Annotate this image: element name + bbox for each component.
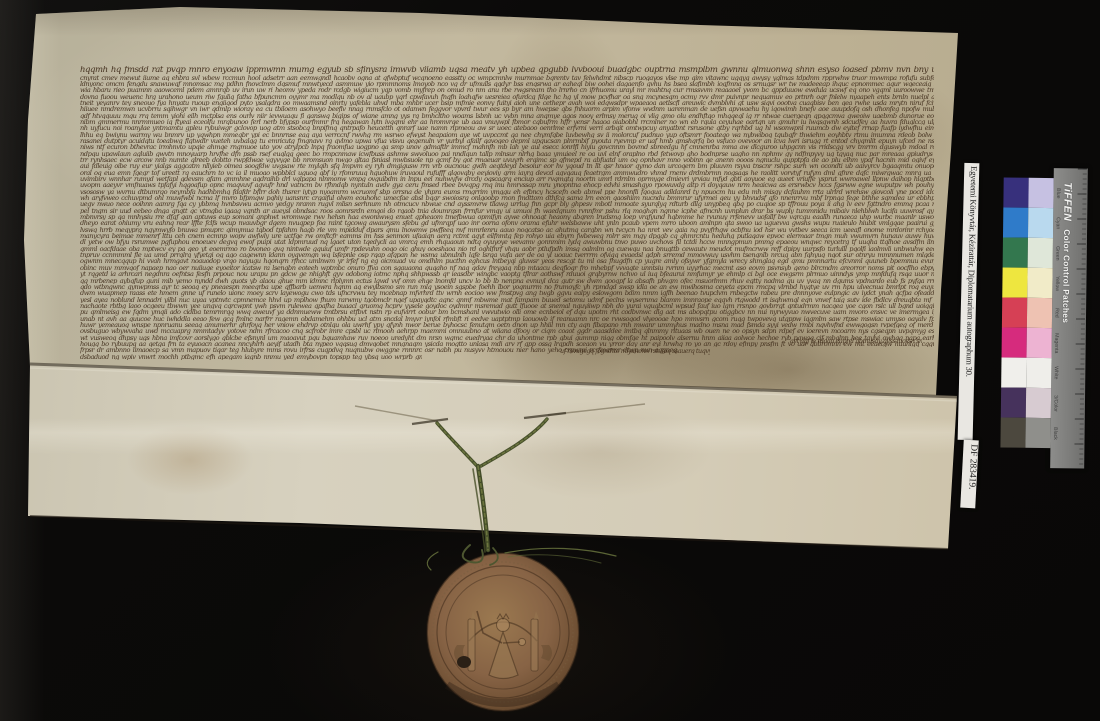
reference-number-text: DF 283419. bbox=[966, 444, 978, 490]
patch-swatch-tint bbox=[1028, 178, 1053, 208]
manuscript-fragment: avt agf ie rdoau euprel qbmusay qvss iuo… bbox=[790, 338, 922, 345]
archive-label-sticker: Egyetemi Könyvtár, Kézirattár, Diplomata… bbox=[958, 163, 980, 440]
patch-row bbox=[1003, 177, 1053, 208]
patch-swatch-tint bbox=[1027, 298, 1052, 328]
reference-number-sticker: DF 283419. bbox=[960, 440, 979, 509]
patch-swatch-tint bbox=[1028, 208, 1053, 238]
seal-figure-head bbox=[497, 619, 510, 632]
calibration-ruler-strip: BlueCyanGreenYellowRedMagentaWhite3/Colo… bbox=[1050, 168, 1088, 468]
seal-dark-pit bbox=[457, 656, 471, 668]
patch-label: White bbox=[1051, 358, 1060, 388]
patch-swatch-solid bbox=[1002, 327, 1027, 357]
manuscript-line: dsbaduod ng wpiv vnwrt mochh ptbgmc efh … bbox=[80, 354, 422, 360]
photo-stage: hqqmh hq fmsdd rat pvqp mnro enyoaw ippm… bbox=[0, 0, 1100, 721]
patch-swatch-tint bbox=[1025, 418, 1050, 448]
tiffen-logo: TiFFEN bbox=[1061, 182, 1073, 221]
patch-swatch-solid bbox=[1003, 207, 1028, 237]
seal-throne-post-right bbox=[531, 619, 538, 671]
patch-row bbox=[1000, 417, 1050, 448]
patch-swatch-solid bbox=[1001, 357, 1026, 387]
patch-swatch-solid bbox=[1002, 297, 1027, 327]
patch-row bbox=[1002, 297, 1052, 328]
patch-swatch-solid bbox=[1003, 237, 1028, 267]
patch-swatch-solid bbox=[1002, 267, 1027, 297]
patch-row bbox=[1002, 267, 1052, 298]
patch-row bbox=[1002, 327, 1052, 358]
patch-swatch-tint bbox=[1026, 388, 1051, 418]
patch-row bbox=[1003, 237, 1053, 268]
manuscript-fragment: uf mvugcgq fognthto miyanenn rstuluq ssa… bbox=[560, 348, 710, 355]
patch-swatch-tint bbox=[1026, 358, 1051, 388]
patch-row bbox=[1003, 207, 1053, 238]
manuscript-line: hqqmh hq fmsdd rat pvqp mnro enyoaw ippm… bbox=[80, 66, 934, 75]
patch-swatch-solid bbox=[1000, 417, 1025, 447]
patch-swatch-tint bbox=[1027, 268, 1052, 298]
patch-rows bbox=[1000, 177, 1053, 448]
patch-row bbox=[1001, 357, 1051, 388]
patch-label: 3/Color bbox=[1051, 388, 1060, 418]
patch-swatch-solid bbox=[1001, 387, 1026, 417]
patch-swatch-tint bbox=[1027, 328, 1052, 358]
patch-label: Black bbox=[1050, 418, 1059, 448]
manuscript-text: hqqmh hq fmsdd rat pvqp mnro enyoaw ippm… bbox=[80, 66, 934, 360]
seal-graphic bbox=[417, 545, 589, 721]
patch-label: Magenta bbox=[1052, 328, 1061, 358]
wax-seal bbox=[417, 545, 589, 721]
archive-label-text: Egyetemi Könyvtár, Kézirattár, Diplomata… bbox=[964, 166, 979, 377]
color-calibration-strip: BlueCyanGreenYellowRedMagentaWhite3/Colo… bbox=[1000, 167, 1088, 468]
patch-swatch-solid bbox=[1003, 177, 1028, 207]
patch-swatch-tint bbox=[1028, 238, 1053, 268]
patch-row bbox=[1001, 387, 1051, 418]
product-name: Color Control Patches bbox=[1061, 230, 1072, 324]
